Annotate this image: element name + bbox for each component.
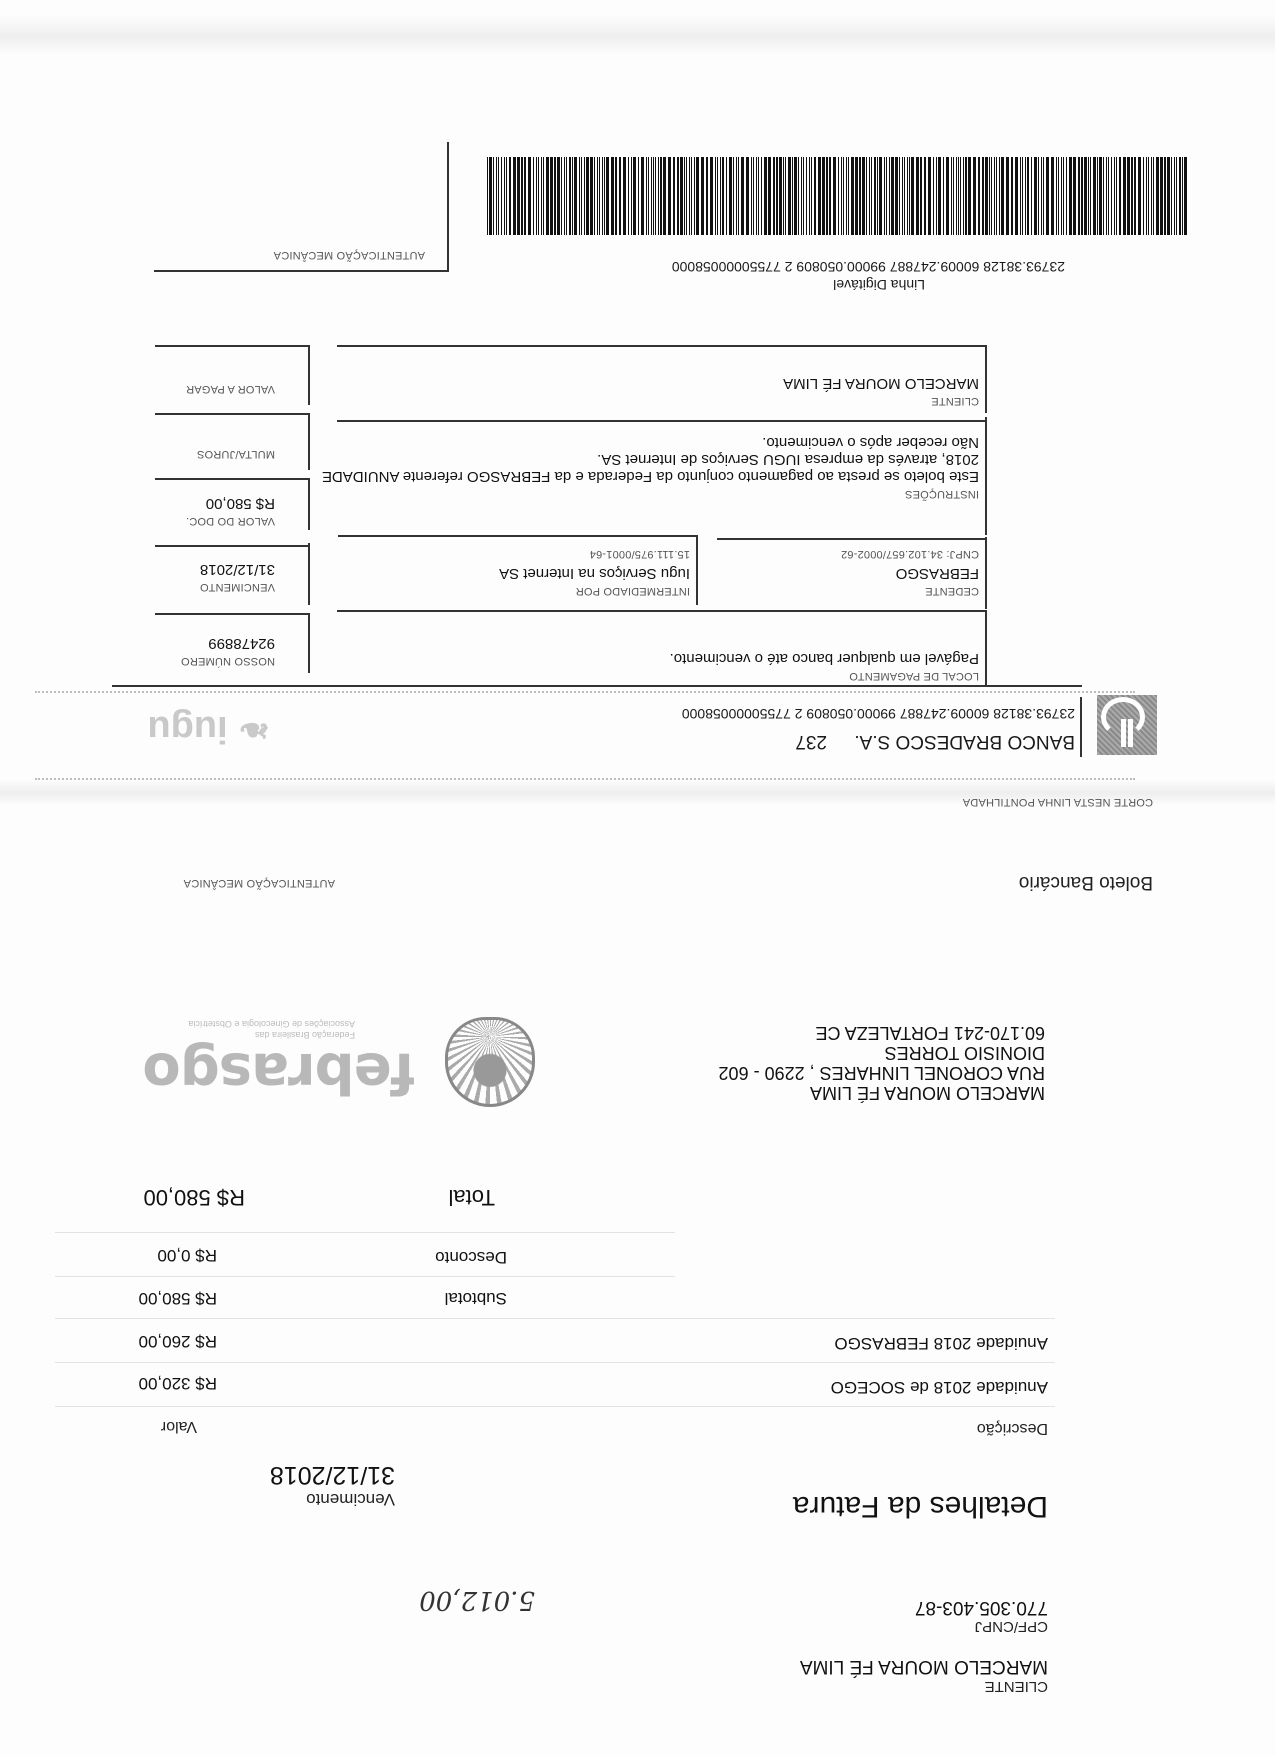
barcode bbox=[477, 157, 1187, 235]
digitable-line-bottom: 23793.38128 60009.247887 99000.050809 2 … bbox=[672, 259, 1065, 275]
boleto-title: Boleto Bancário bbox=[1019, 871, 1153, 893]
total-label: Total bbox=[449, 1184, 495, 1210]
iugu-logo: ❧ iugu bbox=[147, 707, 270, 752]
column-header-value: Valor bbox=[161, 1417, 197, 1435]
society-seal-logo bbox=[445, 1017, 535, 1107]
due-date-label: VENCIMENTO bbox=[200, 581, 275, 593]
amount-due-label: VALOR A PAGAR bbox=[186, 383, 275, 395]
bank-name: BANCO BRADESCO S.A. 237 bbox=[795, 730, 1075, 752]
cpf-value: 770.305.403-87 bbox=[915, 1596, 1048, 1618]
beneficiary-cnpj: CNPJ: 34.102.657/0002-62 bbox=[841, 548, 979, 560]
febrasgo-subtitle: Federação Brasileira das Associações de … bbox=[143, 1018, 355, 1040]
febrasgo-logo: febrasgo Federação Brasileira das Associ… bbox=[143, 1018, 415, 1105]
discount-label: Desconto bbox=[435, 1247, 507, 1267]
due-date-label: Vencimento bbox=[306, 1489, 395, 1509]
subtotal-label: Subtotal bbox=[445, 1288, 507, 1308]
payer-value: MARCELO MOURA FÉ LIMA bbox=[783, 375, 979, 392]
address-line: RUA CORONEL LINHARES , 2290 - 602 bbox=[719, 1063, 1045, 1083]
address-line: 60.170-241 FORTALEZA CE bbox=[719, 1023, 1045, 1043]
line-item-value: R$ 320,00 bbox=[139, 1373, 217, 1393]
fine-interest-label: MULTA/JUROS bbox=[197, 448, 275, 460]
beneficiary-value: FEBRASGO bbox=[896, 565, 979, 582]
mechanical-authentication-label: AUTENTICAÇÃO MECÂNICA bbox=[274, 249, 426, 261]
intermediary-value: Iugu Serviços na Internet SA bbox=[499, 565, 690, 582]
digitable-line-label: Linha Digitável bbox=[833, 277, 925, 293]
cut-line bbox=[35, 778, 1135, 780]
client-name: MARCELO MOURA FÉ LIMA bbox=[800, 1655, 1048, 1677]
our-number-value: 92478899 bbox=[208, 635, 275, 652]
instructions-text: Este boleto se presta ao pagamento conju… bbox=[322, 434, 979, 485]
cut-line-label: CORTE NESTA LINHA PONTILHADA bbox=[963, 796, 1153, 808]
address-line: MARCELO MOURA FÉ LIMA bbox=[719, 1083, 1045, 1103]
mailing-address: MARCELO MOURA FÉ LIMA RUA CORONEL LINHAR… bbox=[719, 1023, 1045, 1103]
instructions-label: INSTRUÇÕES bbox=[905, 488, 979, 500]
payment-location-label: LOCAL DE PAGAMENTO bbox=[849, 670, 979, 682]
beneficiary-label: CEDENTE bbox=[925, 585, 979, 597]
invoice-title: Detalhes da Fatura bbox=[793, 1489, 1048, 1523]
bradesco-logo bbox=[1097, 695, 1157, 755]
our-number-label: NOSSO NÚMERO bbox=[181, 655, 275, 667]
address-line: DIONISIO TORRES bbox=[719, 1043, 1045, 1063]
line-item-description: Anuidade 2018 de SOCEGO bbox=[831, 1377, 1048, 1397]
bank-code: 237 bbox=[795, 731, 827, 752]
digitable-line: 23793.38128 60009.247887 99000.050809 2 … bbox=[682, 706, 1075, 722]
handwritten-note: 5.012,00 bbox=[419, 1585, 535, 1615]
total-value: R$ 580,00 bbox=[143, 1184, 245, 1210]
subtotal-value: R$ 580,00 bbox=[139, 1288, 217, 1308]
cut-line bbox=[35, 691, 1135, 693]
payer-label: CLIENTE bbox=[931, 395, 979, 407]
line-item-description: Anuidade 2018 FEBRASGO bbox=[834, 1333, 1048, 1353]
client-label: CLIENTE bbox=[985, 1678, 1048, 1695]
intermediary-label: INTERMEDIADO POR bbox=[576, 585, 690, 597]
discount-value: R$ 0,00 bbox=[157, 1245, 217, 1265]
line-item-value: R$ 260,00 bbox=[139, 1331, 217, 1351]
due-date-value: 31/12/2018 bbox=[200, 561, 275, 578]
payment-location-value: Pagável em qualquer banco até o vencimen… bbox=[670, 650, 979, 667]
mechanical-authentication-label: AUTENTICAÇÃO MECÂNICA bbox=[184, 877, 336, 889]
document-value-label: VALOR DO DOC. bbox=[186, 515, 275, 527]
column-header-description: Descrição bbox=[977, 1419, 1048, 1437]
febrasgo-wordmark: febrasgo bbox=[143, 1040, 415, 1105]
document-value: R$ 580,00 bbox=[206, 495, 275, 512]
due-date-value: 31/12/2018 bbox=[270, 1460, 395, 1489]
cpf-label: CPF/CNPJ bbox=[975, 1618, 1048, 1635]
scanned-boleto-page: CLIENTE MARCELO MOURA FÉ LIMA CPF/CNPJ 7… bbox=[0, 0, 1275, 1755]
iugu-swirl-icon: ❧ bbox=[238, 708, 270, 750]
intermediary-cnpj: 15.111.975/0001-64 bbox=[590, 548, 690, 560]
